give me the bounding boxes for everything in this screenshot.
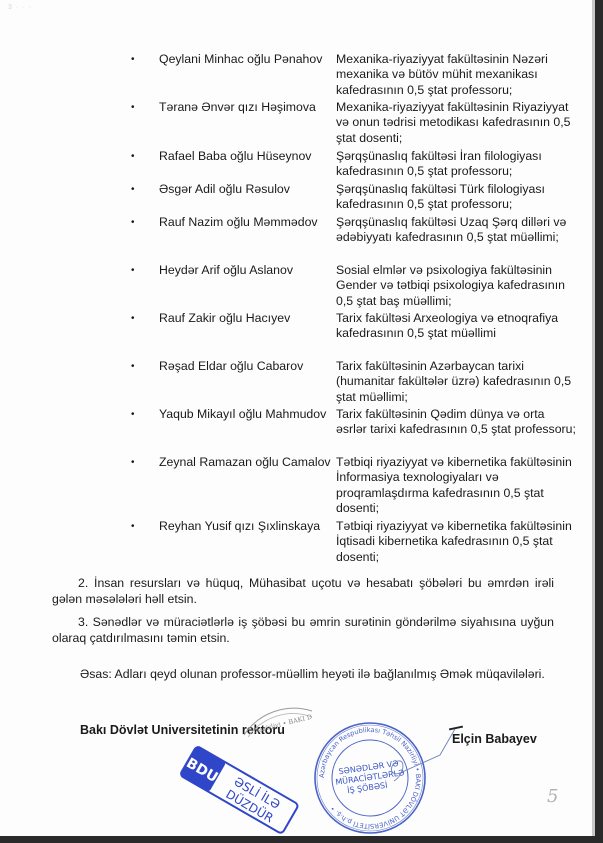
document-page: 3 · · · •Qeylani Minhac oğlu PənahovMexa… — [0, 0, 595, 836]
faint-seal-stamp: Nazirliyi • BAKI D — [238, 697, 318, 737]
staff-position: Mexanika-riyaziyyat fakültəsinin Riyaziy… — [336, 100, 576, 146]
staff-name: Rauf Zakir oğlu Hacıyev — [159, 311, 337, 326]
bullet-icon: • — [131, 311, 135, 326]
signature-scribble — [360, 725, 460, 785]
bullet-icon: • — [131, 455, 135, 470]
staff-position: Mexanika-riyaziyyat fakültəsinin Nəzəri … — [336, 52, 576, 98]
staff-position: Tarix fakültəsinin Azərbaycan tarixi (hu… — [336, 359, 576, 405]
staff-position: Tarix fakültəsinin Qədim dünya və orta ə… — [336, 407, 576, 438]
bullet-icon: • — [131, 100, 135, 115]
paragraph-text: İnsan resursları və hüquq, Mühasibat uço… — [52, 576, 554, 606]
staff-position: Şərqşünaslıq fakültəsi İran filologiyası… — [336, 149, 576, 180]
bullet-icon: • — [131, 215, 135, 230]
staff-name: Rafael Baba oğlu Hüseynov — [159, 149, 337, 164]
paragraph-number: 3. — [78, 615, 88, 629]
staff-name: Rauf Nazim oğlu Məmmədov — [159, 215, 337, 230]
bullet-icon: • — [131, 407, 135, 422]
paragraph-3: 3. Sənədlər və müraciətlərlə iş şöbəsi b… — [52, 614, 554, 646]
staff-position: Şərqşünaslıq fakültəsi Uzaq Şərq dilləri… — [336, 215, 576, 246]
bullet-icon: • — [131, 359, 135, 374]
staff-name: Reyhan Yusif qızı Şıxlinskaya — [159, 519, 337, 534]
basis-line: Əsas: Adları qeyd olunan professor-müəll… — [80, 667, 545, 681]
certified-copy-stamp: BDU ƏSLİ İLƏ DÜZDÜR — [170, 740, 310, 836]
staff-position: Sosial elmlər və psixologiya fakültəsini… — [336, 263, 576, 309]
paragraph-number: 2. — [78, 576, 88, 590]
staff-name: Qeylani Minhac oğlu Pənahov — [159, 52, 337, 67]
staff-position: Tətbiqi riyaziyyat və kibernetika fakült… — [336, 519, 576, 565]
staff-name: Zeynal Ramazan oğlu Camalov — [159, 455, 337, 470]
signer-name: Elçin Babayev — [452, 732, 537, 746]
faint-seal-text: Nazirliyi • BAKI D — [253, 713, 313, 735]
staff-position: Tətbiqi riyaziyyat və kibernetika fakült… — [336, 455, 576, 516]
handwritten-page-number: 5 — [547, 786, 558, 807]
bullet-icon: • — [131, 519, 135, 534]
bullet-icon: • — [131, 52, 135, 67]
staff-name: Heydər Arif oğlu Aslanov — [159, 263, 337, 278]
paragraph-2: 2. İnsan resursları və hüquq, Mühasibat … — [52, 575, 554, 607]
paragraph-text: Sənədlər və müraciətlərlə iş şöbəsi bu ə… — [52, 615, 554, 645]
staff-name: Əsgər Adil oğlu Rəsulov — [159, 182, 337, 197]
bullet-icon: • — [131, 149, 135, 164]
corner-mark: 3 · · · — [8, 4, 32, 11]
staff-position: Tarix fakültəsi Arxeologiya və etnoqrafi… — [336, 311, 576, 342]
bullet-icon: • — [131, 263, 135, 278]
staff-name: Təranə Ənvər qızı Həşimova — [159, 100, 337, 115]
staff-position: Şərqşünaslıq fakültəsi Türk filologiyası… — [336, 182, 576, 213]
staff-name: Yaqub Mikayıl oğlu Mahmudov — [159, 407, 337, 422]
bullet-icon: • — [131, 182, 135, 197]
staff-name: Rəşad Eldar oğlu Cabarov — [159, 359, 337, 374]
